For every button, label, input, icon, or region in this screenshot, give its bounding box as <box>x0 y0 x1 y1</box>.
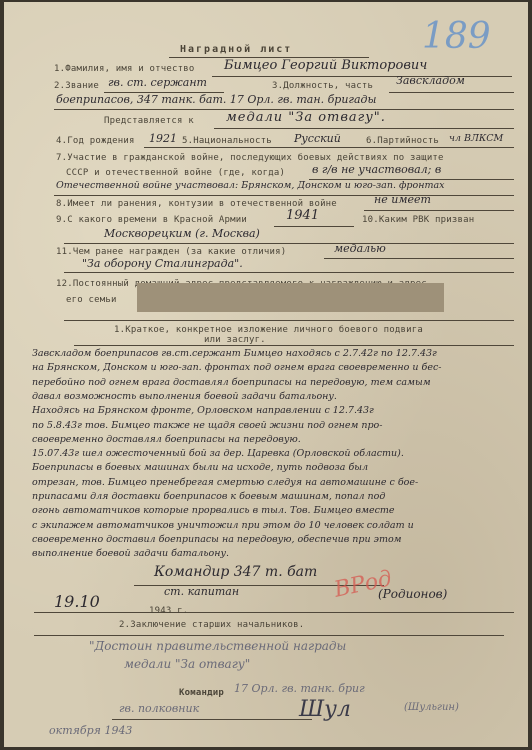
field-nationality-label: 5.Национальность <box>182 136 272 146</box>
field-name-value: Бимцео Георгий Викторович <box>224 58 427 73</box>
divider <box>54 195 514 196</box>
narrative-line: давал возможность выполнения боевой зада… <box>32 391 337 402</box>
signature-date-day: 19.10 <box>54 592 100 611</box>
archive-number: 189 <box>422 16 491 57</box>
field-position-label: 3.Должность, часть <box>272 81 373 91</box>
narrative-line: отрезан, тов. Бимцео пренебрегая смертью… <box>32 477 418 488</box>
field-name-label: 1.Фамилия, имя и отчество <box>54 64 194 74</box>
field-participation-value-2: Отечественной войне участвовал: Брянском… <box>56 180 445 191</box>
form-title: Наградной лист <box>180 44 292 55</box>
award-sheet-page: 189 Наградной лист 1.Фамилия, имя и отче… <box>4 2 528 747</box>
signature-date-year: 1943 г. <box>149 606 188 616</box>
field-draft-office-label: 10.Каким РВК призван <box>362 215 474 225</box>
divider <box>64 272 514 273</box>
narrative-line: своевременно доставлял боеприпасы на пер… <box>32 434 301 445</box>
section1-heading: 1.Краткое, конкретное изложение личного … <box>114 325 423 335</box>
field-participation-value-1: в г/в не участвовал; в <box>312 163 441 176</box>
present-label: Представляется к <box>104 116 194 126</box>
conclusion-line-1: "Достоин правительственной награды <box>89 639 346 653</box>
present-value: медали "За отвагу". <box>226 110 386 125</box>
signer-rank: ст. капитан <box>164 585 239 598</box>
signer-name: (Родионов) <box>378 587 447 601</box>
divider <box>324 258 514 259</box>
conclusion-line-2: медали "За отвагу" <box>124 657 250 671</box>
field-participation-label-2: СССР и отечественной войне (где, когда) <box>66 168 285 178</box>
conclusion-date: октября 1943 <box>49 724 132 737</box>
field-rank-value: гв. ст. сержант <box>108 76 207 89</box>
commander-unit: 17 Орл. гв. танк. бриг <box>234 682 365 695</box>
field-party-value: чл ВЛКСМ <box>449 133 503 144</box>
divider <box>389 92 514 93</box>
narrative-line: припасами для доставки боеприпасов к бое… <box>32 491 385 502</box>
field-party-label: 6.Партийность <box>366 136 439 146</box>
field-wounds-value: не имеет <box>374 193 431 206</box>
field-prior-awards-value-2: "За оборону Сталинграда". <box>82 257 243 270</box>
field-address-label-2: его семьи <box>66 295 117 305</box>
section1-heading-cont: или заслуг. <box>204 335 266 345</box>
narrative-line: Боеприпасы в боевых машинах были на исхо… <box>32 462 368 473</box>
field-nationality-value: Русский <box>294 132 341 145</box>
field-position-value: Завскладом <box>396 74 465 87</box>
divider <box>212 76 512 77</box>
divider <box>64 243 514 244</box>
commander-signature: Шул <box>299 697 351 722</box>
commander-rank: гв. полковник <box>119 702 199 715</box>
divider <box>34 635 504 636</box>
commander-name: (Шульгин) <box>404 702 459 713</box>
narrative-line: 15.07.43г шел ожесточенный бой за дер. Ц… <box>32 448 404 459</box>
narrative-line: огонь автоматчиков которые прорвались в … <box>32 505 395 516</box>
field-prior-awards-value-1: медалью <box>334 242 386 255</box>
section2-heading: 2.Заключение старших начальников. <box>119 620 304 630</box>
field-birth-year-value: 1921 <box>149 132 177 145</box>
narrative-line: перебойно под огнем врага доставлял боеп… <box>32 377 431 388</box>
signer-title: Командир 347 т. бат <box>154 564 317 580</box>
narrative-line: выполнение боевой задачи батальону. <box>32 548 229 559</box>
divider <box>364 210 514 211</box>
field-service-since-value: 1941 <box>286 208 319 223</box>
divider <box>34 612 514 613</box>
narrative-line: Находясь на Брянском фронте, Орловском н… <box>32 405 374 416</box>
divider <box>274 226 354 227</box>
field-prior-awards-label: 11.Чем ранее награжден (за какие отличия… <box>56 247 286 257</box>
redacted-address <box>137 283 444 312</box>
narrative-line: Завскладом боеприпасов гв.ст.сержант Бим… <box>32 348 437 359</box>
divider <box>64 320 514 321</box>
divider <box>214 128 514 129</box>
narrative-line: на Брянском, Донском и юго-зап. фронтах … <box>32 362 441 373</box>
commander-label: Командир <box>179 688 224 698</box>
narrative-line: с экипажем автоматчиков уничтожил при эт… <box>32 520 414 531</box>
narrative-line: своевременно доставил боеприпасы на пере… <box>32 534 402 545</box>
field-position-value-cont: боеприпасов, 347 танк. бат. 17 Орл. гв. … <box>56 93 376 106</box>
field-rank-label: 2.Звание <box>54 81 99 91</box>
narrative-line: по 5.8.43г тов. Бимцео также не щадя сво… <box>32 420 382 431</box>
field-draft-office-value: Москворецким (г. Москва) <box>104 227 260 240</box>
field-service-since-label: 9.С какого времени в Красной Армии <box>56 215 247 225</box>
field-birth-year-label: 4.Год рождения <box>56 136 135 146</box>
divider <box>74 345 514 346</box>
divider <box>112 719 312 720</box>
divider <box>144 147 514 148</box>
field-participation-label-1: 7.Участие в гражданской войне, последующ… <box>56 153 444 163</box>
